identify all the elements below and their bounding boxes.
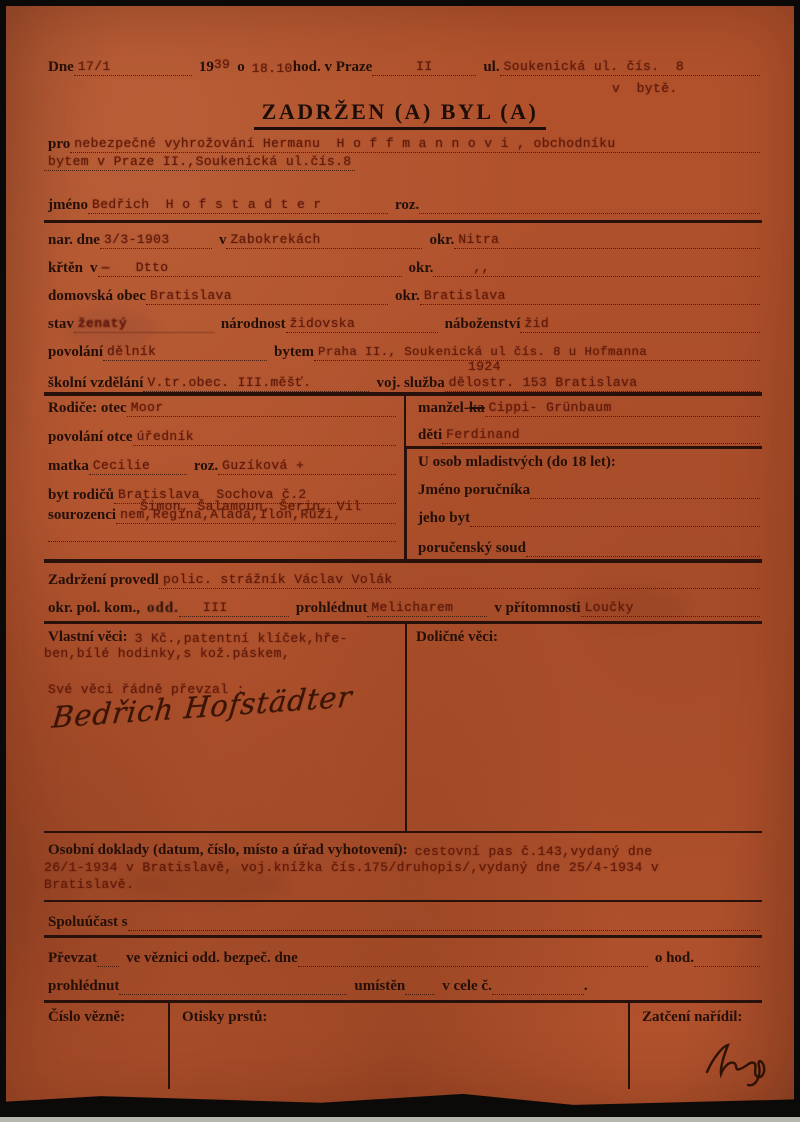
okr-value-1: Nitra [454,233,760,249]
stav-row: stav ženatý národnost židovska náboženst… [48,317,760,333]
nar-value: 3/3-1903 [100,233,212,249]
documents-value2: 26/1-1934 v Bratislavě, voj.knížka čís.1… [44,861,659,875]
rule-belongings-top [44,621,762,624]
narodnost-value: židovska [286,317,438,333]
prohlednut-footer-row: prohlédnut umístěn v cele č. . [48,979,760,995]
byt-rodicu-label: byt rodičů [48,488,114,504]
veznici-label: ve věznici odd. bezpeč. dne [119,951,298,967]
jeho-byt-value-empty [470,512,760,527]
umisten-label: umístěn [347,979,405,995]
pritomnosti-value: Loučky [581,601,760,617]
soud-row: poručenský soud [418,541,760,557]
rule-prevzat-top [44,935,762,938]
matka-roz-label: roz. [187,459,218,475]
pro-label: pro [48,137,70,153]
place-value: v bytě. [612,82,678,96]
nabozenstvi-label: náboženství [438,317,521,333]
stav-value: ženatý [74,317,214,333]
cele-fill [492,980,584,995]
rule-family-top [44,392,762,396]
roz-label: roz. [388,198,419,214]
rule-detention-top [44,559,762,563]
o-label: o [230,60,245,76]
spoluucast-value-empty [128,916,760,931]
hod-label: hod. v Praze [293,60,373,76]
bottom-table-divider-1 [168,1003,170,1089]
rule-under-jmeno [44,220,762,223]
okr-label-2: okr. [402,261,434,277]
povolani-otce-label: povolání otce [48,430,133,446]
okr-label-3: okr. [388,289,420,305]
prohlednut-footer-empty [119,980,347,995]
obec-value: Bratislava [146,289,388,305]
cele-label: v cele č. [435,979,492,995]
deti-label: děti [418,428,442,444]
porucnik-row: Jméno poručníka [418,483,760,499]
documents-label: Osobní doklady (datum, číslo, místo a úř… [48,843,408,859]
documents-row: Osobní doklady (datum, číslo, místo a úř… [48,843,760,859]
soud-label: poručenský soud [418,541,526,557]
page-title: ZADRŽEN (A) BYL (A) [254,99,547,130]
year-value: 39 [214,58,230,72]
documents-value1: cestovní pas č.143,vydaný dne [408,845,653,859]
o-hod-label: o hod. [648,951,694,967]
detention-form-paper: Dne 17/1 19 39 o 18.10 hod. v Praze II u… [6,6,794,1106]
pritomnosti-label: v přítomnosti [487,601,580,617]
krten-dash: — [102,261,110,275]
reason-line2-wrap: bytem v Praze II.,Soukenická ul.čís.8 [44,155,355,171]
cislo-vezne-label: Číslo vězně: [48,1010,125,1026]
manzel-row: manžel-ka Cippi- Grünbaum [418,401,760,417]
minor-box-left-border [404,446,407,561]
krten-value: Dtto [110,261,169,275]
krten-label: křtěn [48,261,83,277]
title-wrap: ZADRŽEN (A) BYL (A) [6,99,794,130]
odd-value: III [179,601,289,617]
bytem-value: Praha II., Soukenická ul čís. 8 u Hofman… [314,346,760,361]
voj-label: voj. služba [369,376,444,392]
street-value: Soukenická ul. čís. 8 [500,60,760,76]
belongings-column-divider [405,624,407,832]
prohlednut-footer-label: prohlédnut [48,979,119,995]
bytem-value-2: 1924 [468,360,501,374]
porucnik-label: Jméno poručníka [418,483,530,499]
okr-label-1: okr. [422,233,454,249]
matka-row: matka Cecilie roz. Guzíková + [48,459,396,475]
rule-documents-top [44,831,762,833]
reason-value1: nebezpečné vyhrožování Hermanu H o f f m… [70,137,760,153]
bottom-table-divider-2 [628,1003,630,1089]
documents-value3: Bratislavě. [44,878,134,892]
rule-spoluucast-top [44,900,762,902]
spoluucast-label: Spoluúčast s [48,915,128,931]
provedl-value: polic. strážník Václav Volák [159,573,760,589]
minor-box-top-border [404,446,762,449]
date-value: 17/1 [74,60,192,76]
rule-bottom-table-top [44,1000,762,1003]
stav-label: stav [48,317,74,333]
skolni-row: školní vzdělání V.tr.obec. III.měšť. voj… [48,376,760,392]
vlastni-row: Vlastní věci: 3 Kč.,patentní klíček,hře- [48,630,392,646]
provedl-row: Zadržení provedl polic. strážník Václav … [48,573,760,589]
matka-roz-value: Guzíková + [218,459,396,475]
povolani-otce-value: úředník [133,430,396,446]
prohlednut-value: Melicharem [367,601,487,617]
povolani-row: povolání dělník bytem Praha II., Soukeni… [48,345,760,361]
vlastni-line2: ben,bílé hodinky,s kož.páskem, [44,647,290,661]
ul-label: ul. [476,60,499,76]
reason-line1: pro nebezpečné vyhrožování Hermanu H o f… [48,137,760,153]
sourozenci-label: sourozenci [48,508,116,524]
nar-label: nar. dne [48,233,100,249]
skolni-label: školní vzdělání [48,376,143,392]
zatceni-label: Zatčení nařídil: [642,1010,742,1026]
official-signature-scribble [695,1038,779,1092]
minor-heading: U osob mladistvých (do 18 let): [418,455,616,471]
krten-row: křtěn v — Dtto okr. ,, [48,261,760,277]
otec-row: Rodiče: otec Moor [48,401,396,417]
umisten-fill [405,980,435,995]
jeho-byt-label: jeho byt [418,511,470,527]
jeho-byt-row: jeho byt [418,511,760,527]
prevzat-fill-1 [97,952,119,967]
voj-value: dělostr. 153 Bratislava [445,376,760,392]
okr-value-3: Bratislava [420,289,760,305]
matka-label: matka [48,459,89,475]
sourozenci-row: sourozenci nem,Regina,Aladá,Ilon,Růži, [48,508,396,524]
reason-value2: bytem v Praze II.,Soukenická ul.čís.8 [44,155,355,171]
spoluucast-row: Spoluúčast s [48,915,760,931]
prevzat-row: Převzat ve věznici odd. bezpeč. dne o ho… [48,951,760,967]
povolani-label: povolání [48,345,103,361]
manzel-value: Cippi- Grünbaum [485,401,760,417]
dne-label: Dne [48,60,74,76]
vlastni-line1: 3 Kč.,patentní klíček,hře- [128,632,348,646]
obec-label: domovská obec [48,289,146,305]
birthplace-value: Zabokrekách [226,233,422,249]
time-value: 18.10 [245,62,293,76]
v-label: v [212,233,227,249]
obec-row: domovská obec Bratislava okr. Bratislava [48,289,760,305]
jmeno-label: jméno [48,198,88,214]
krten-fill: — Dtto [98,261,402,277]
sourozenci-line2: nem,Regina,Aladá,Ilon,Růži, [116,508,396,524]
jmeno-value: Bedřich H o f s t a d t e r [88,198,388,214]
district-value: II [372,60,476,76]
vlastni-label: Vlastní věci: [48,630,128,646]
cele-suffix: . [584,979,588,995]
skolni-value: V.tr.obec. III.měšť. [143,376,369,392]
bytem-label: bytem [267,345,314,361]
povolani-value: dělník [103,345,267,361]
otisky-label: Otisky prstů: [182,1010,267,1026]
povolani-otce-row: povolání otce úředník [48,430,396,446]
manzel-ka-struck: ka [469,401,485,417]
kom-row: okr. pol. kom., odd. III prohlédnut Meli… [48,601,760,617]
odd-label: odd. [140,601,179,617]
okr-value-2: ,, [433,261,760,277]
deti-row: děti Ferdinand [418,428,760,444]
nabozenstvi-value: žid [520,317,760,333]
otec-value: Moor [127,401,396,417]
otec-label: Rodiče: otec [48,401,127,417]
dolicne-label: Doličné věci: [416,630,498,646]
prohlednut-label: prohlédnut [289,601,367,617]
deti-value: Ferdinand [442,428,760,444]
prevzat-date-empty [298,952,648,967]
prevzat-hod-empty [694,952,760,967]
porucnik-value-empty [530,484,760,499]
krten-v-label: v [83,261,98,277]
prevzat-label: Převzat [48,951,97,967]
manzel-label: manžel- [418,401,469,417]
nar-row: nar. dne 3/3-1903 v Zabokrekách okr. Nit… [48,233,760,249]
soud-value-empty [526,542,760,557]
year-prefix: 19 [192,60,214,76]
jmeno-row: jméno Bedřich H o f s t a d t e r roz. [48,198,760,214]
roz-value-empty [419,199,760,214]
header-date-row: Dne 17/1 19 39 o 18.10 hod. v Praze II u… [48,60,760,76]
provedl-label: Zadržení provedl [48,573,159,589]
sourozenci-empty-line [48,527,396,542]
kom-label: okr. pol. kom., [48,601,140,617]
matka-value: Cecilie [89,459,187,475]
narodnost-label: národnost [214,317,286,333]
